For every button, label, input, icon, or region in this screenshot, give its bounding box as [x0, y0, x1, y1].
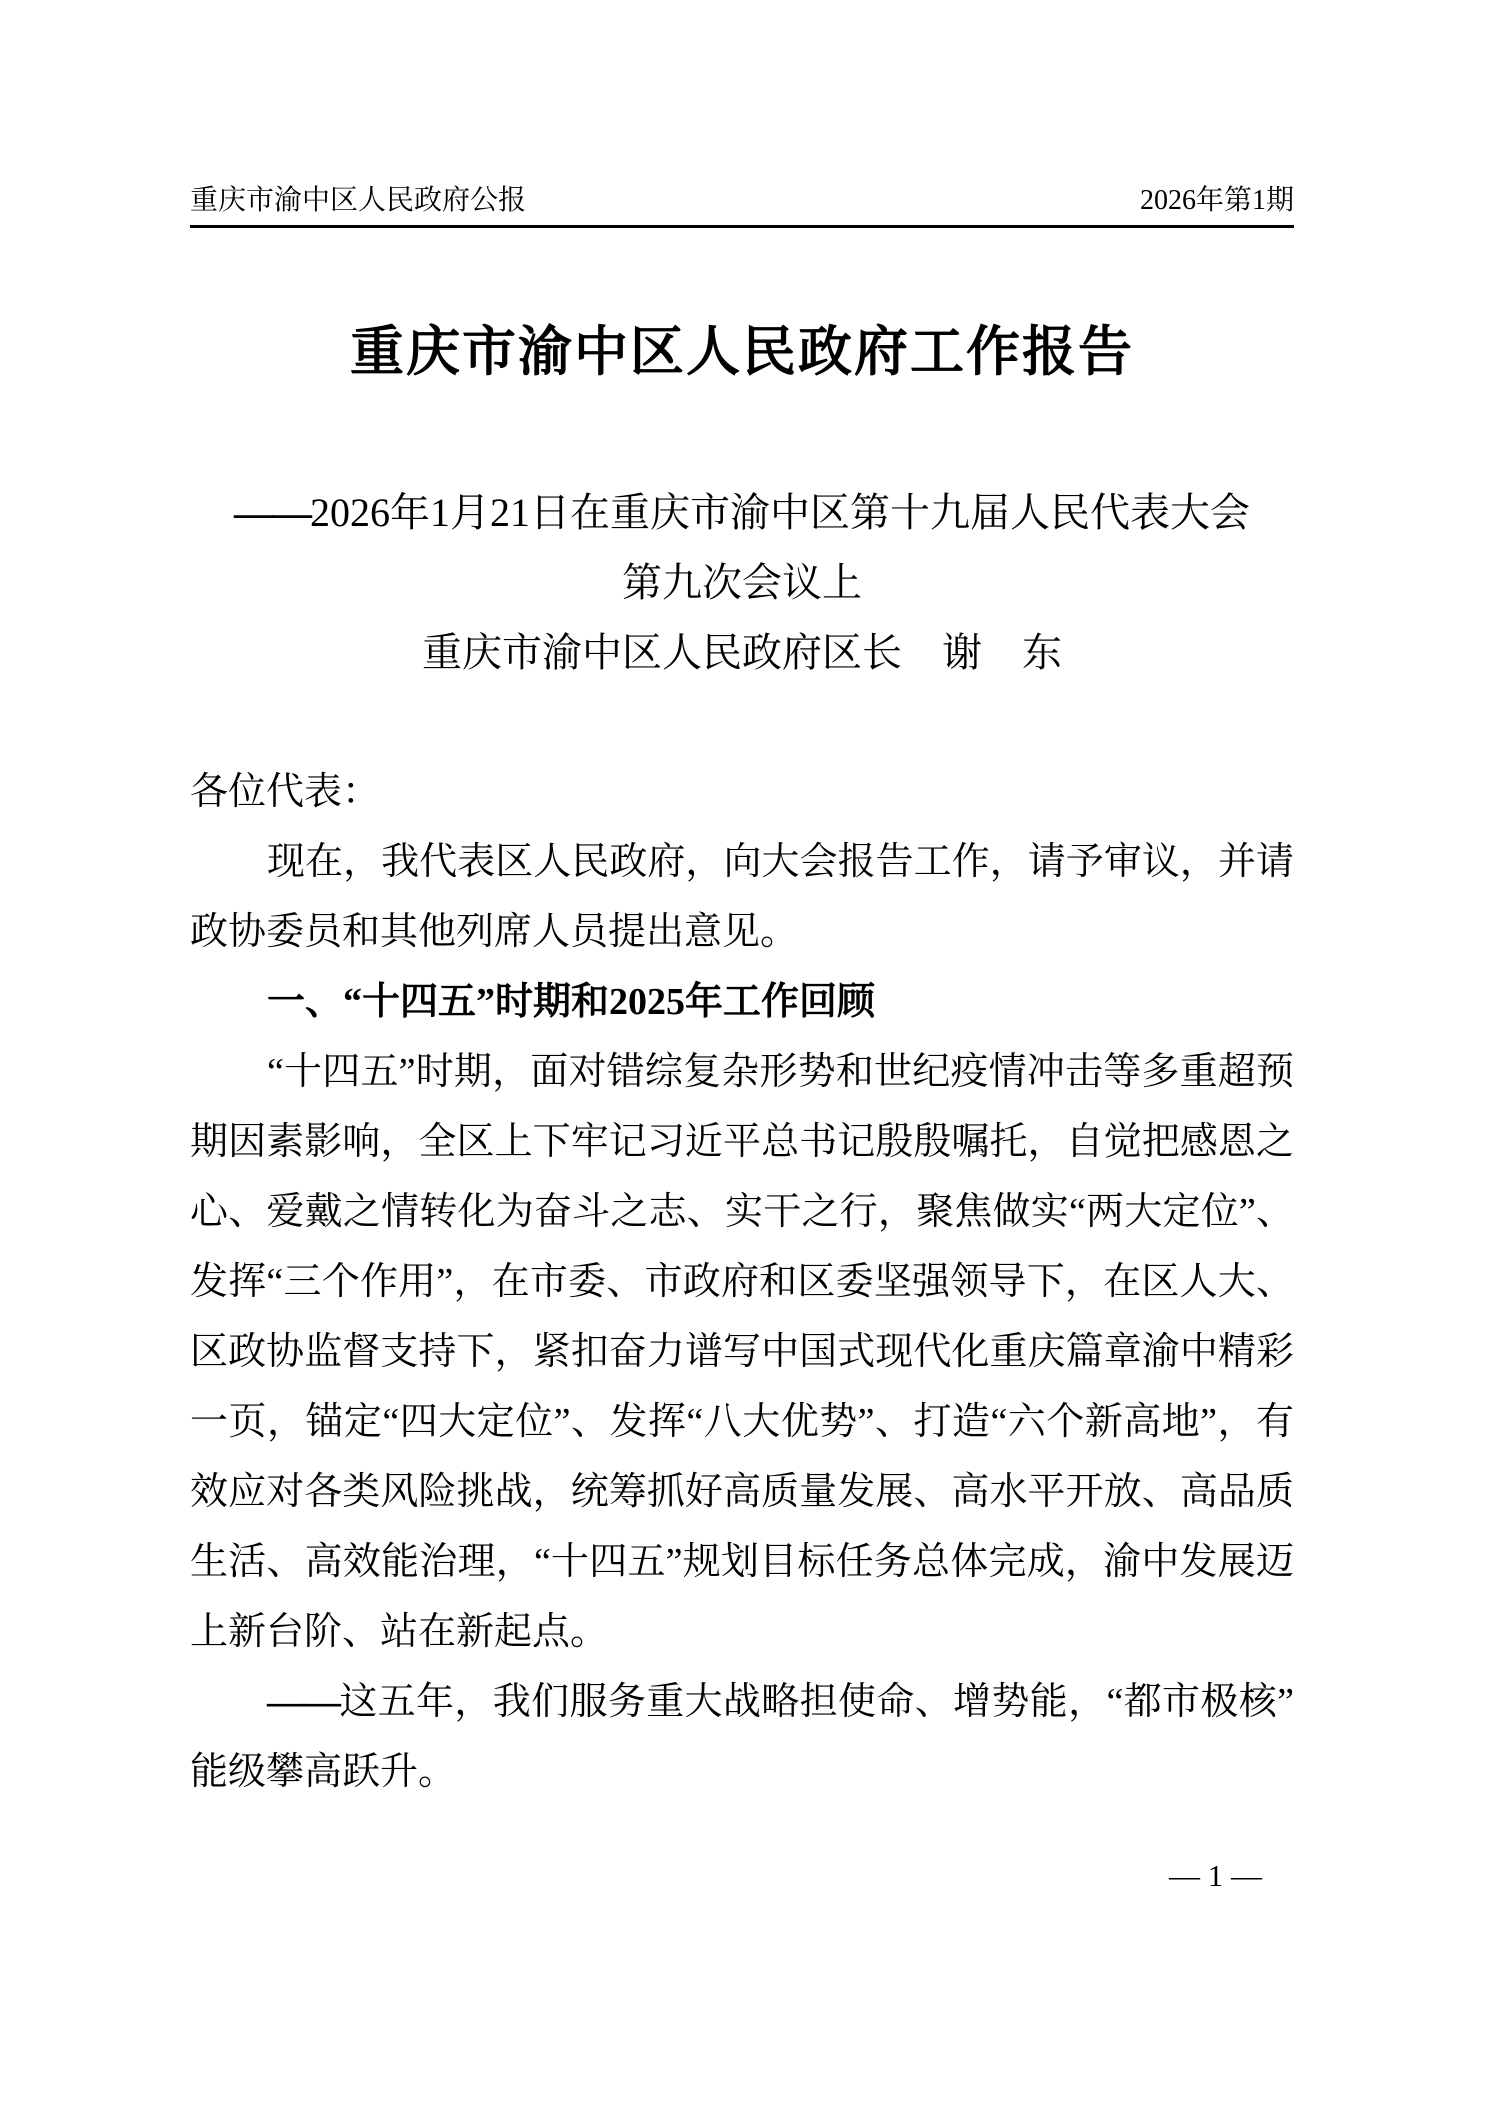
- paragraph-introduction: 现在，我代表区人民政府，向大会报告工作，请予审议，并请政协委员和其他列席人员提出…: [190, 827, 1294, 967]
- subtitle-date-text: 2026年1月21日在重庆市渝中区第十九届人民代表大会: [310, 490, 1250, 535]
- running-header: 重庆市渝中区人民政府公报 2026年第1期: [190, 184, 1294, 218]
- subtitle-date-line: ——2026年1月21日在重庆市渝中区第十九届人民代表大会: [190, 478, 1294, 548]
- report-title: 重庆市渝中区人民政府工作报告: [190, 322, 1294, 382]
- subtitle-session-line: 第九次会议上: [190, 548, 1294, 618]
- header-divider-rule: [190, 225, 1294, 228]
- report-subtitle-block: ——2026年1月21日在重庆市渝中区第十九届人民代表大会 第九次会议上 重庆市…: [190, 478, 1294, 688]
- section-one-heading: 一、“十四五”时期和2025年工作回顾: [190, 967, 1294, 1037]
- paragraph-em-dash: ——: [267, 1681, 339, 1723]
- report-body: 各位代表： 现在，我代表区人民政府，向大会报告工作，请予审议，并请政协委员和其他…: [190, 757, 1294, 1807]
- gazette-page: 重庆市渝中区人民政府公报 2026年第1期 重庆市渝中区人民政府工作报告 ——2…: [0, 0, 1488, 2104]
- report-speaker-line: 重庆市渝中区人民政府区长 谢 东: [190, 618, 1294, 688]
- salutation-line: 各位代表：: [190, 757, 1294, 827]
- page-content: 重庆市渝中区人民政府公报 2026年第1期 重庆市渝中区人民政府工作报告 ——2…: [190, 0, 1294, 2104]
- paragraph-five-years-text: 这五年，我们服务重大战略担使命、增势能，“都市极核”能级攀高跃升。: [190, 1681, 1294, 1793]
- header-issue-number: 2026年第1期: [1140, 184, 1294, 218]
- subtitle-em-dash: ——: [234, 490, 310, 535]
- paragraph-fourteenth-plan-review: “十四五”时期，面对错综复杂形势和世纪疫情冲击等多重超预期因素影响，全区上下牢记…: [190, 1037, 1294, 1667]
- header-publication-name: 重庆市渝中区人民政府公报: [190, 184, 526, 218]
- page-number: — 1 —: [1169, 1856, 1262, 1896]
- paragraph-five-years-achievement: ——这五年，我们服务重大战略担使命、增势能，“都市极核”能级攀高跃升。: [190, 1667, 1294, 1807]
